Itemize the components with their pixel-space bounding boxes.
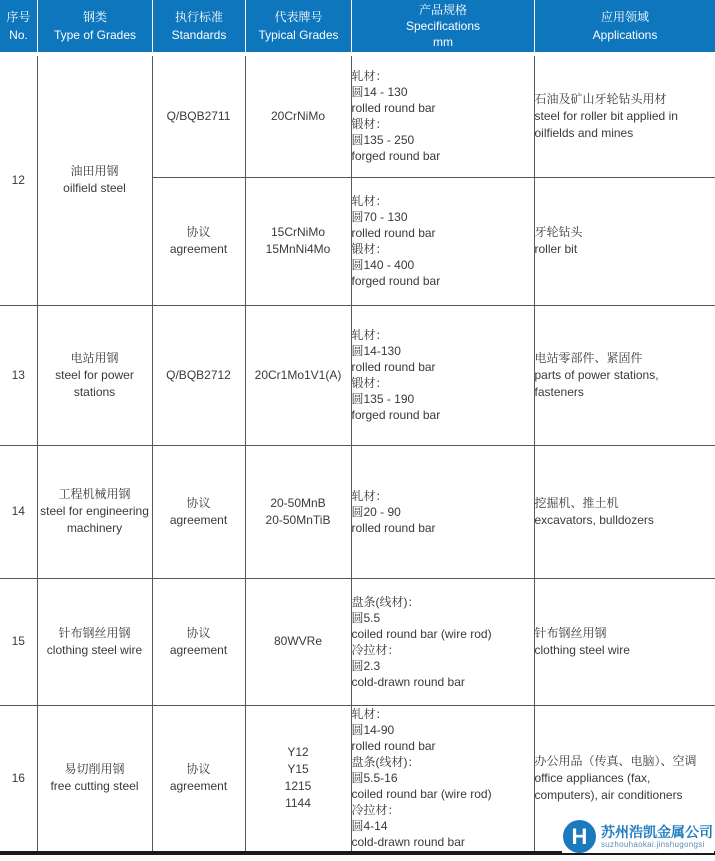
cell-grade: 20-50MnB 20-50MnTiB xyxy=(245,445,351,578)
spec-line: cold-drawn round bar xyxy=(352,834,534,850)
spec-line: 盘条(线材)： xyxy=(352,754,534,770)
app-line: 牙轮钻头 xyxy=(535,224,715,241)
header-line: 产品规格 xyxy=(352,2,534,18)
cell-no: 16 xyxy=(0,705,37,851)
spec-line: rolled round bar xyxy=(352,225,534,241)
table-header: 序号 No. 钢类 Type of Grades 执行标准 Standards … xyxy=(0,0,715,52)
spec-line: 圆14-90 xyxy=(352,722,534,738)
spec-line: 圆135 - 250 xyxy=(352,132,534,148)
app-line: computers), air conditioners xyxy=(535,787,715,804)
header-line: 执行标准 xyxy=(153,8,245,26)
cell-spec: 盘条(线材)： 圆5.5 coiled round bar (wire rod)… xyxy=(351,578,534,705)
standard-line: 协议 xyxy=(153,224,245,241)
grade-line: Y12 xyxy=(246,744,351,761)
standard-line: agreement xyxy=(153,241,245,258)
row-number: 13 xyxy=(0,367,37,384)
spec-line: 圆20 - 90 xyxy=(352,504,534,520)
spec-line: 轧材： xyxy=(352,193,534,209)
row-number: 14 xyxy=(0,503,37,520)
cell-type: 针布钢丝用钢 clothing steel wire xyxy=(37,578,152,705)
type-en: clothing steel wire xyxy=(38,642,152,659)
spec-line: forged round bar xyxy=(352,273,534,289)
type-en: oilfield steel xyxy=(38,180,152,197)
spec-line: 圆70 - 130 xyxy=(352,209,534,225)
catalog-page: 序号 No. 钢类 Type of Grades 执行标准 Standards … xyxy=(0,0,715,861)
spec-line: 圆4-14 xyxy=(352,818,534,834)
grade-line: 15CrNiMo xyxy=(246,224,351,241)
grade-line: Y15 xyxy=(246,761,351,778)
cell-application: 针布钢丝用钢 clothing steel wire xyxy=(534,578,715,705)
standard-line: 协议 xyxy=(153,761,245,778)
grade-line: 20-50MnB xyxy=(246,495,351,512)
header-line: 应用领域 xyxy=(535,8,715,26)
cell-application: 石油及矿山牙轮钻头用材 steel for roller bit applied… xyxy=(534,56,715,177)
spec-line: 轧材： xyxy=(352,488,534,504)
type-zh: 油田用钢 xyxy=(38,163,152,180)
header-cell-type: 钢类 Type of Grades xyxy=(37,0,152,52)
standard-line: agreement xyxy=(153,512,245,529)
cell-spec: 轧材： 圆70 - 130 rolled round bar 锻材： 圆140 … xyxy=(351,177,534,305)
spec-line: rolled round bar xyxy=(352,100,534,116)
grade-line: 15MnNi4Mo xyxy=(246,241,351,258)
header-line: Typical Grades xyxy=(246,26,351,44)
app-line: oilfields and mines xyxy=(535,125,715,142)
spec-line: rolled round bar xyxy=(352,520,534,536)
grade-line: 1144 xyxy=(246,795,351,812)
spec-line: forged round bar xyxy=(352,148,534,164)
grade-line: 20-50MnTiB xyxy=(246,512,351,529)
app-line: 针布钢丝用钢 xyxy=(535,625,715,642)
standard-line: agreement xyxy=(153,642,245,659)
cell-type: 油田用钢 oilfield steel xyxy=(37,56,152,305)
standard-line: Q/BQB2711 xyxy=(153,108,245,125)
spec-line: 锻材： xyxy=(352,116,534,132)
company-logo-icon: H xyxy=(563,820,596,853)
type-en: steel for power xyxy=(38,367,152,384)
spec-line: rolled round bar xyxy=(352,359,534,375)
spec-line: rolled round bar xyxy=(352,738,534,754)
table-row-13: 13 电站用钢 steel for power stations Q/BQB27… xyxy=(0,305,715,445)
cell-spec: 轧材： 圆14 - 130 rolled round bar 锻材： 圆135 … xyxy=(351,56,534,177)
type-zh: 针布钢丝用钢 xyxy=(38,625,152,642)
cell-grade: Y12 Y15 1215 1144 xyxy=(245,705,351,851)
grade-line: 20Cr1Mo1V1(A) xyxy=(246,367,351,384)
standard-line: agreement xyxy=(153,778,245,795)
cell-standard: Q/BQB2712 xyxy=(152,305,245,445)
spec-line: 盘条(线材)： xyxy=(352,594,534,610)
grades-table: 12 油田用钢 oilfield steel Q/BQB2711 20CrNiM… xyxy=(0,56,715,851)
app-line: fasteners xyxy=(535,384,715,401)
spec-line: forged round bar xyxy=(352,407,534,423)
header-line: Type of Grades xyxy=(38,26,152,44)
logo-letter: H xyxy=(572,824,588,850)
cell-no: 13 xyxy=(0,305,37,445)
header-line: Applications xyxy=(535,26,715,44)
cell-spec: 轧材： 圆20 - 90 rolled round bar xyxy=(351,445,534,578)
header-line: 代表牌号 xyxy=(246,8,351,26)
cell-standard: 协议 agreement xyxy=(152,578,245,705)
app-line: 石油及矿山牙轮钻头用材 xyxy=(535,91,715,108)
spec-line: 冷拉材： xyxy=(352,642,534,658)
standard-line: Q/BQB2712 xyxy=(153,367,245,384)
cell-no: 12 xyxy=(0,56,37,305)
header-line: 序号 xyxy=(0,8,37,26)
cell-type: 工程机械用钢 steel for engineering machinery xyxy=(37,445,152,578)
spec-line: 圆135 - 190 xyxy=(352,391,534,407)
header-line: 钢类 xyxy=(38,8,152,26)
spec-line: 圆14-130 xyxy=(352,343,534,359)
row-number: 15 xyxy=(0,633,37,650)
spec-line: 轧材： xyxy=(352,68,534,84)
app-line: 挖掘机、推土机 xyxy=(535,495,715,512)
spec-line: cold-drawn round bar xyxy=(352,674,534,690)
type-zh: 工程机械用钢 xyxy=(38,486,152,503)
header-cell-no: 序号 No. xyxy=(0,0,37,52)
spec-line: 轧材： xyxy=(352,706,534,722)
spec-line: coiled round bar (wire rod) xyxy=(352,626,534,642)
spec-line: 冷拉材： xyxy=(352,802,534,818)
spec-line: 锻材： xyxy=(352,375,534,391)
spec-line: coiled round bar (wire rod) xyxy=(352,786,534,802)
type-en: stations xyxy=(38,384,152,401)
type-en: free cutting steel xyxy=(38,778,152,795)
app-line: parts of power stations, xyxy=(535,367,715,384)
type-zh: 电站用钢 xyxy=(38,350,152,367)
spec-line: 圆140 - 400 xyxy=(352,257,534,273)
header-cell-applications: 应用领域 Applications xyxy=(534,0,715,52)
cell-spec: 轧材： 圆14-90 rolled round bar 盘条(线材)： 圆5.5… xyxy=(351,705,534,851)
app-line: steel for roller bit applied in xyxy=(535,108,715,125)
cell-grade: 80WVRe xyxy=(245,578,351,705)
table-row-12-sub-1: 12 油田用钢 oilfield steel Q/BQB2711 20CrNiM… xyxy=(0,56,715,177)
cell-type: 易切削用钢 free cutting steel xyxy=(37,705,152,851)
standard-line: 协议 xyxy=(153,495,245,512)
spec-line: 圆5.5-16 xyxy=(352,770,534,786)
type-zh: 易切削用钢 xyxy=(38,761,152,778)
cell-grade: 20Cr1Mo1V1(A) xyxy=(245,305,351,445)
type-en: machinery xyxy=(38,520,152,537)
grade-line: 1215 xyxy=(246,778,351,795)
header-line: No. xyxy=(0,26,37,44)
app-line: excavators, bulldozers xyxy=(535,512,715,529)
cell-type: 电站用钢 steel for power stations xyxy=(37,305,152,445)
cell-standard: 协议 agreement xyxy=(152,705,245,851)
app-line: office appliances (fax, xyxy=(535,770,715,787)
header-line: mm xyxy=(352,34,534,50)
cell-application: 挖掘机、推土机 excavators, bulldozers xyxy=(534,445,715,578)
cell-application: 牙轮钻头 roller bit xyxy=(534,177,715,305)
app-line: 电站零部件、紧固件 xyxy=(535,350,715,367)
table-row-15: 15 针布钢丝用钢 clothing steel wire 协议 agreeme… xyxy=(0,578,715,705)
header-cell-specifications: 产品规格 Specifications mm xyxy=(351,0,534,52)
spec-line: 锻材： xyxy=(352,241,534,257)
app-line: 办公用品（传真、电脑）、空调 xyxy=(535,753,715,770)
cell-grade: 15CrNiMo 15MnNi4Mo xyxy=(245,177,351,305)
company-name-chinese: 苏州浩凯金属公司 xyxy=(601,824,713,840)
spec-line: 圆5.5 xyxy=(352,610,534,626)
header-cell-grades: 代表牌号 Typical Grades xyxy=(245,0,351,52)
cell-application: 电站零部件、紧固件 parts of power stations, faste… xyxy=(534,305,715,445)
cell-no: 14 xyxy=(0,445,37,578)
header-line: Standards xyxy=(153,26,245,44)
spec-line: 圆2.3 xyxy=(352,658,534,674)
cell-no: 15 xyxy=(0,578,37,705)
standard-line: 协议 xyxy=(153,625,245,642)
spec-line: 轧材： xyxy=(352,327,534,343)
cell-standard: 协议 agreement xyxy=(152,177,245,305)
company-name-pinyin: suzhouhaokai.jinshugongsi xyxy=(601,840,713,849)
company-logo-text: 苏州浩凯金属公司 suzhouhaokai.jinshugongsi xyxy=(601,824,713,849)
grade-line: 80WVRe xyxy=(246,633,351,650)
app-line: roller bit xyxy=(535,241,715,258)
spec-line: 圆14 - 130 xyxy=(352,84,534,100)
cell-spec: 轧材： 圆14-130 rolled round bar 锻材： 圆135 - … xyxy=(351,305,534,445)
app-line: clothing steel wire xyxy=(535,642,715,659)
table-row-14: 14 工程机械用钢 steel for engineering machiner… xyxy=(0,445,715,578)
row-number: 16 xyxy=(0,770,37,787)
cell-standard: Q/BQB2711 xyxy=(152,56,245,177)
row-number: 12 xyxy=(0,172,37,189)
cell-grade: 20CrNiMo xyxy=(245,56,351,177)
type-en: steel for engineering xyxy=(38,503,152,520)
company-logo: H 苏州浩凯金属公司 suzhouhaokai.jinshugongsi xyxy=(562,820,714,853)
header-cell-standards: 执行标准 Standards xyxy=(152,0,245,52)
grade-line: 20CrNiMo xyxy=(246,108,351,125)
header-line: Specifications xyxy=(352,18,534,34)
cell-standard: 协议 agreement xyxy=(152,445,245,578)
